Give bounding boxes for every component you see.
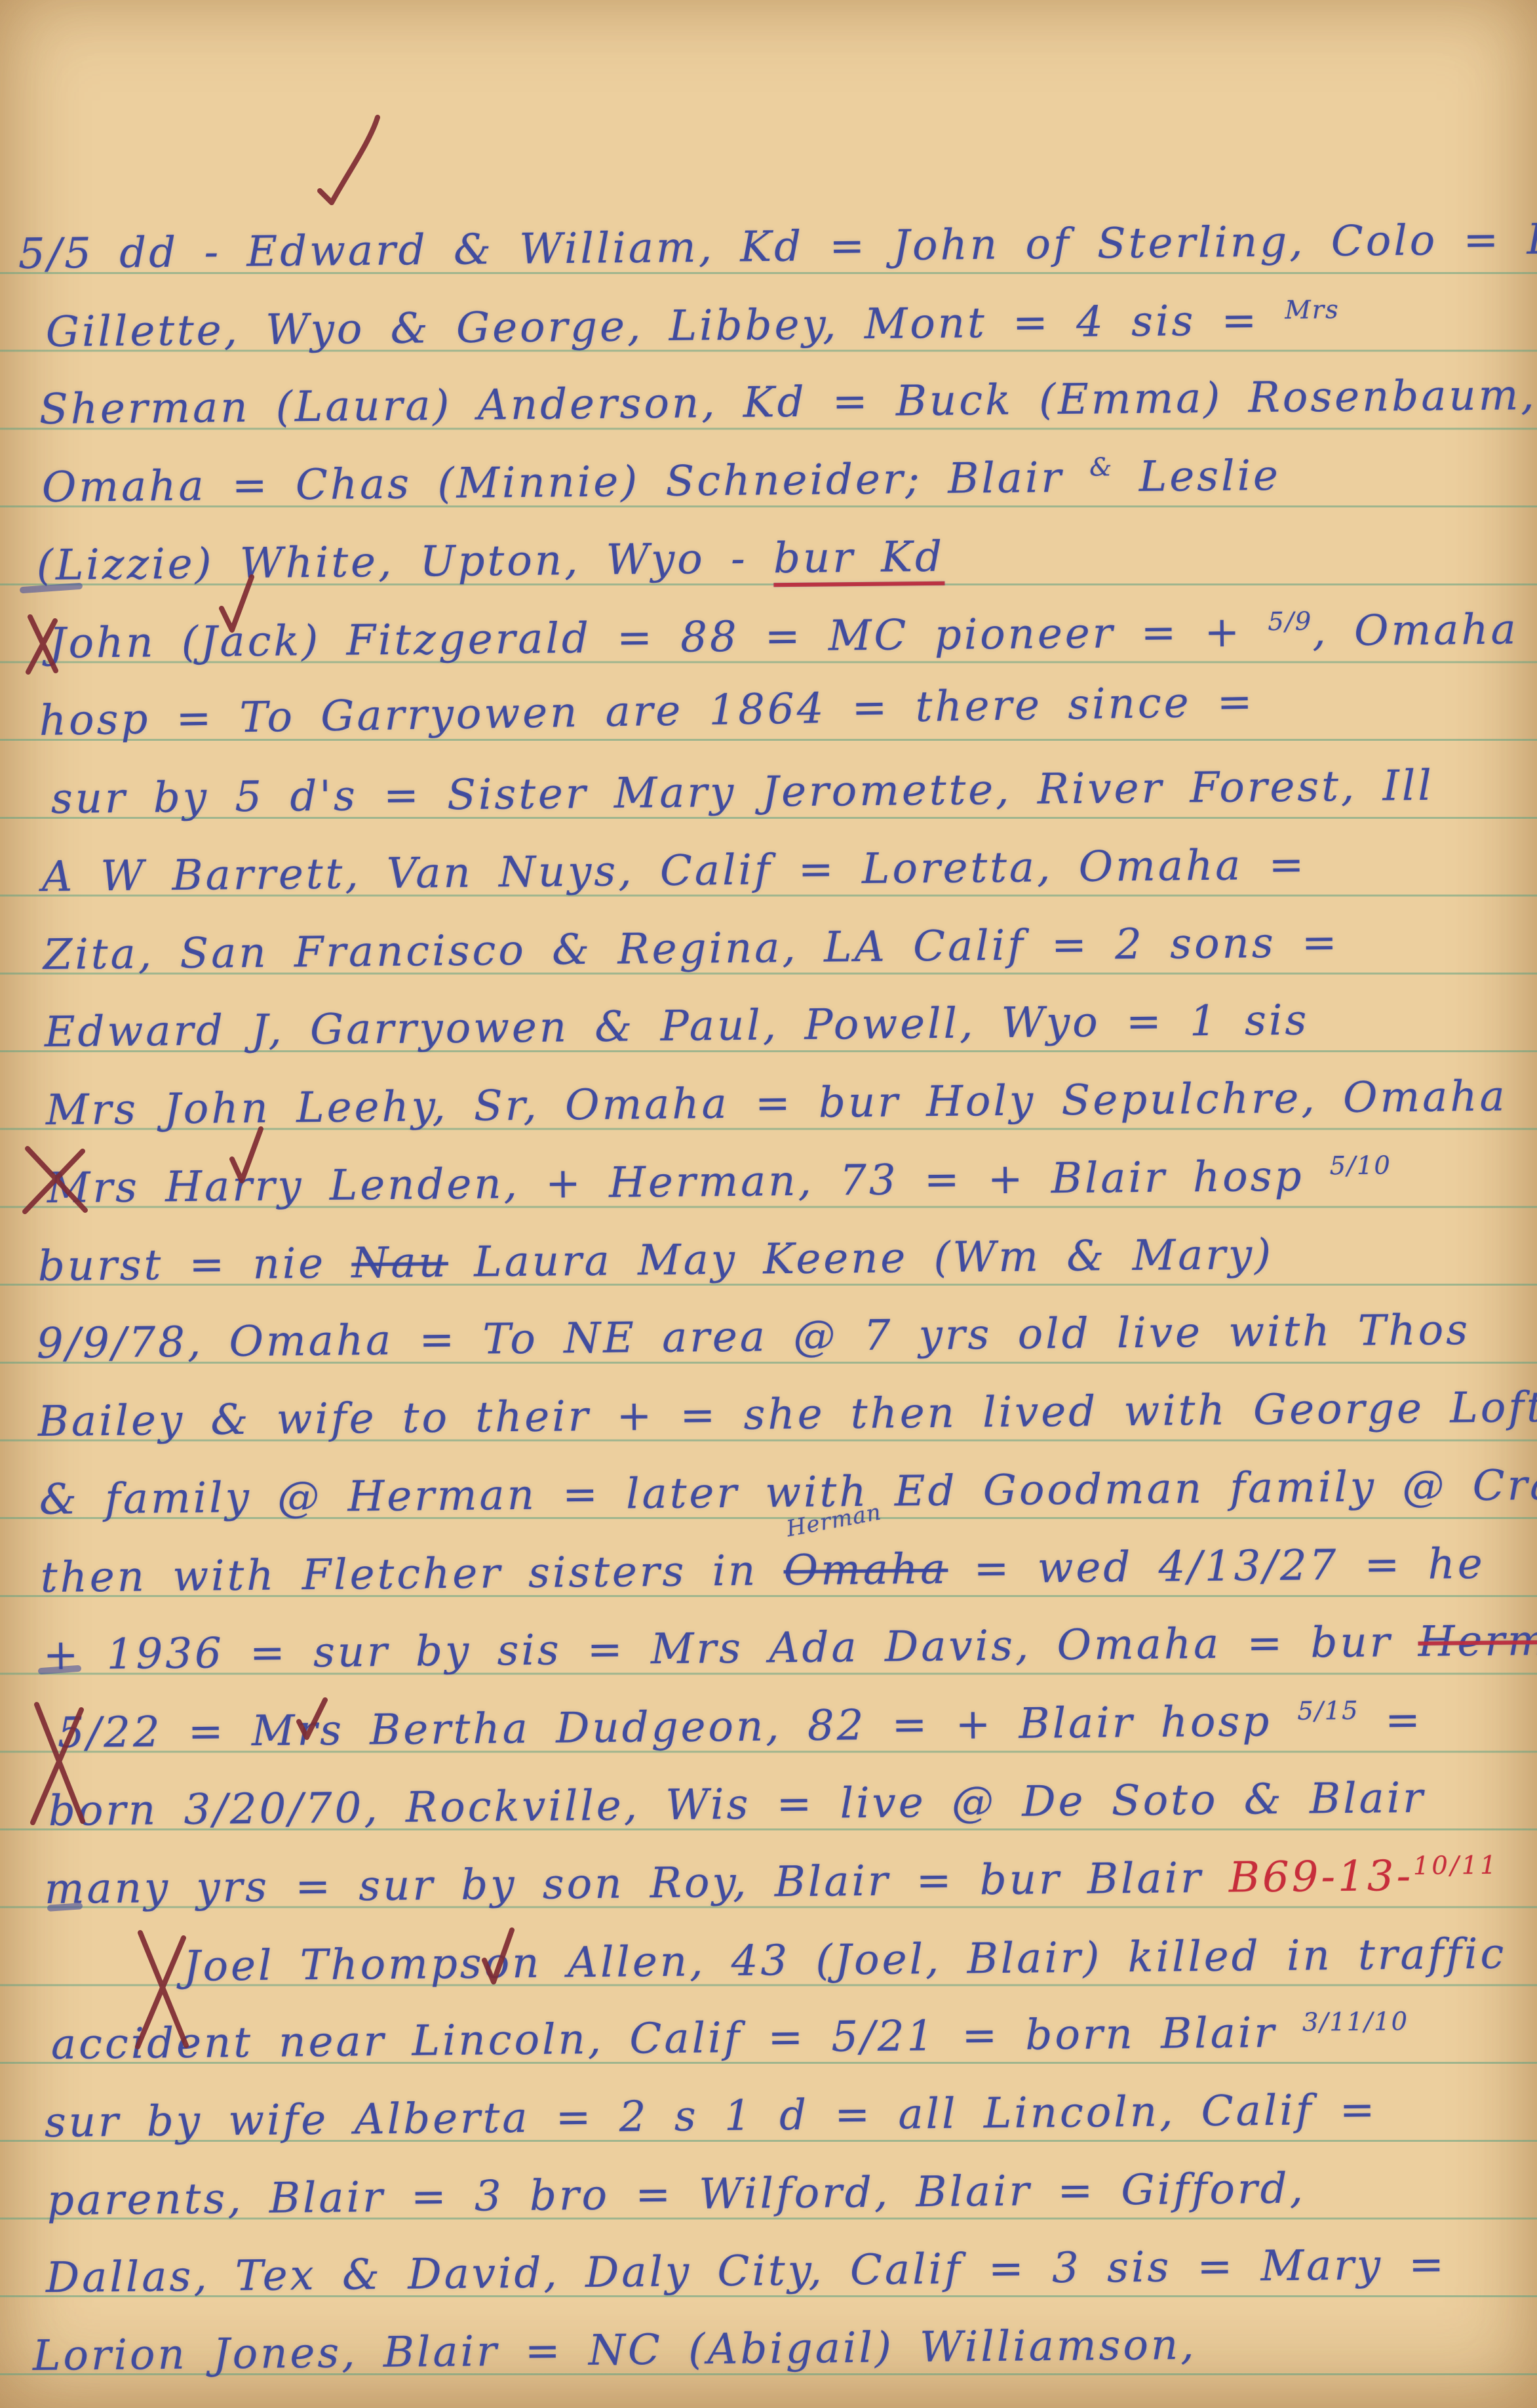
note-line: A W Barrett, Van Nuys, Calif = Loretta, … [41, 829, 1306, 913]
note-line: sur by wife Alberta = 2 s 1 d = all Linc… [44, 2074, 1378, 2159]
struck-word: Omaha [783, 1545, 948, 1595]
note-text: sur by wife Alberta = 2 s 1 d = all Linc… [45, 2085, 1378, 2147]
note-line: (Lizzie) White, Upton, Wyo - bur Kd [36, 521, 944, 602]
note-line: Omaha = Chas (Minnie) Schneider; Blair &… [41, 440, 1281, 524]
note-line: Mrs John Leehy, Sr, Omaha = bur Holy Sep… [45, 1061, 1508, 1147]
note-line: sur by 5 d's = Sister Mary Jeromette, Ri… [50, 750, 1434, 835]
note-text: (Lizzie) White, Upton, Wyo - [37, 534, 774, 590]
note-line: burst = nie Nau Laura May Keene (Wm & Ma… [37, 1219, 1274, 1303]
superscript-date: 3/11/10 [1302, 2007, 1409, 2038]
note-line: + 1936 = sur by sis = Mrs Ada Davis, Oma… [43, 1604, 1537, 1691]
red-struck-text: HermanNM [1418, 1616, 1537, 1667]
red-checkmark [482, 1926, 515, 1986]
note-text: 5/5 dd - Edward & William, Kd = John of … [18, 214, 1537, 279]
note-line: John (Jack) Fitzgerald = 88 = MC pioneer… [49, 593, 1519, 680]
note-line: accident near Lincoln, Calif = 5/21 = bo… [50, 1996, 1409, 2081]
note-text: accident near Lincoln, Calif = 5/21 = bo… [51, 2009, 1303, 2069]
red-arrow-mark [315, 102, 393, 220]
catalog-code: B69-13- [1229, 1852, 1414, 1903]
note-text: , Omaha [1312, 605, 1519, 656]
note-text: + 1936 = sur by sis = Mrs Ada Davis, Oma… [43, 1618, 1418, 1680]
note-line: 5/22 = Mrs Bertha Dudgeon, 82 = + Blair … [57, 1684, 1423, 1769]
red-checkmark [218, 572, 255, 635]
note-line: parents, Blair = 3 bro = Wilford, Blair … [47, 2153, 1306, 2237]
note-text: Omaha = Chas (Minnie) Schneider; Blair [42, 454, 1090, 512]
superscript-date: 5/10 [1329, 1151, 1391, 1181]
note-text: born 3/20/70, Rockville, Wis = live @ De… [49, 1774, 1426, 1836]
superscript-date: 5/15 [1297, 1696, 1359, 1726]
note-text: Joel Thompson Allen, 43 (Joel, Blair) ki… [184, 1930, 1507, 1991]
note-line: then with Fletcher sisters in OmahaHerma… [40, 1528, 1485, 1614]
red-x-mark [28, 1697, 90, 1829]
note-line: Gillette, Wyo & George, Libbey, Mont = 4… [45, 284, 1340, 368]
note-text: sur by 5 d's = Sister Mary Jeromette, Ri… [51, 762, 1435, 823]
note-line: Sherman (Laura) Anderson, Kd = Buck (Emm… [39, 359, 1537, 446]
note-text: burst = nie [38, 1239, 352, 1291]
note-line: 9/9/78, Omaha = To NE area @ 7 yrs old l… [36, 1294, 1470, 1380]
catalog-code-superscript: 10/11 [1413, 1851, 1499, 1881]
inserted-ampersand: & [1089, 453, 1114, 483]
struck-text: Nau [351, 1238, 448, 1288]
note-line: Bailey & wife to their + = she then live… [37, 1371, 1537, 1458]
note-text: 9/9/78, Omaha = To NE area @ 7 yrs old l… [37, 1306, 1471, 1368]
struck-text: OmahaHerman [783, 1545, 948, 1595]
struck-word: Herman [1418, 1616, 1537, 1667]
red-x-mark [25, 612, 60, 676]
note-line: Zita, San Francisco & Regina, LA Calif =… [43, 907, 1340, 991]
note-text: then with Fletcher sisters in [41, 1547, 784, 1602]
red-x-mark [132, 1926, 193, 2052]
note-line: Edward J, Garryowen & Paul, Powell, Wyo … [44, 984, 1309, 1069]
note-text: = [1359, 1696, 1423, 1745]
note-text: = wed 4/13/27 = he [948, 1540, 1485, 1594]
note-line: born 3/20/70, Rockville, Wis = live @ De… [48, 1762, 1426, 1847]
note-text: Sherman (Laura) Anderson, Kd = Buck (Emm… [39, 371, 1537, 434]
note-line: Dallas, Tex & David, Daly City, Calif = … [45, 2228, 1447, 2314]
red-x-mark [20, 1142, 93, 1217]
note-line: Lorion Jones, Blair = NC (Abigail) Willi… [32, 2309, 1197, 2392]
superscript-text: Mrs [1285, 295, 1340, 325]
note-line: 5/5 dd - Edward & William, Kd = John of … [18, 202, 1537, 290]
note-line: Joel Thompson Allen, 43 (Joel, Blair) ki… [183, 1918, 1506, 2003]
notebook-page: 5/5 dd - Edward & William, Kd = John of … [0, 0, 1537, 2408]
note-text: 5/22 = Mrs Bertha Dudgeon, 82 = + Blair … [58, 1697, 1298, 1758]
note-text: many yrs = sur by son Roy, Blair = bur B… [45, 1854, 1230, 1914]
note-text: Mrs John Leehy, Sr, Omaha = bur Holy Sep… [46, 1073, 1508, 1135]
red-checkmark [296, 1697, 328, 1741]
note-text: parents, Blair = 3 bro = Wilford, Blair … [47, 2165, 1306, 2225]
red-underlined-text: bur Kd [773, 533, 945, 583]
note-text: hosp = To Garryowen are 1864 = there sin… [39, 678, 1255, 745]
note-text: Edward J, Garryowen & Paul, Powell, Wyo … [45, 996, 1310, 1057]
note-text: Zita, San Francisco & Regina, LA Calif =… [43, 918, 1340, 979]
note-text: Gillette, Wyo & George, Libbey, Mont = 4… [46, 296, 1285, 357]
red-checkmark [229, 1125, 263, 1185]
note-line: many yrs = sur by son Roy, Blair = bur B… [44, 1840, 1499, 1925]
note-text: Bailey & wife to their + = she then live… [38, 1383, 1537, 1446]
superscript-date: 5/9 [1268, 607, 1312, 637]
note-text: Leslie [1113, 452, 1281, 502]
note-text: Dallas, Tex & David, Daly City, Calif = … [46, 2240, 1447, 2302]
note-text: A W Barrett, Van Nuys, Calif = Loretta, … [42, 840, 1307, 901]
note-text: & family @ Herman = later with Ed Goodma… [39, 1461, 1537, 1524]
note-text: Laura May Keene (Wm & Mary) [448, 1231, 1274, 1287]
note-text: Lorion Jones, Blair = NC (Abigail) Willi… [33, 2321, 1197, 2380]
